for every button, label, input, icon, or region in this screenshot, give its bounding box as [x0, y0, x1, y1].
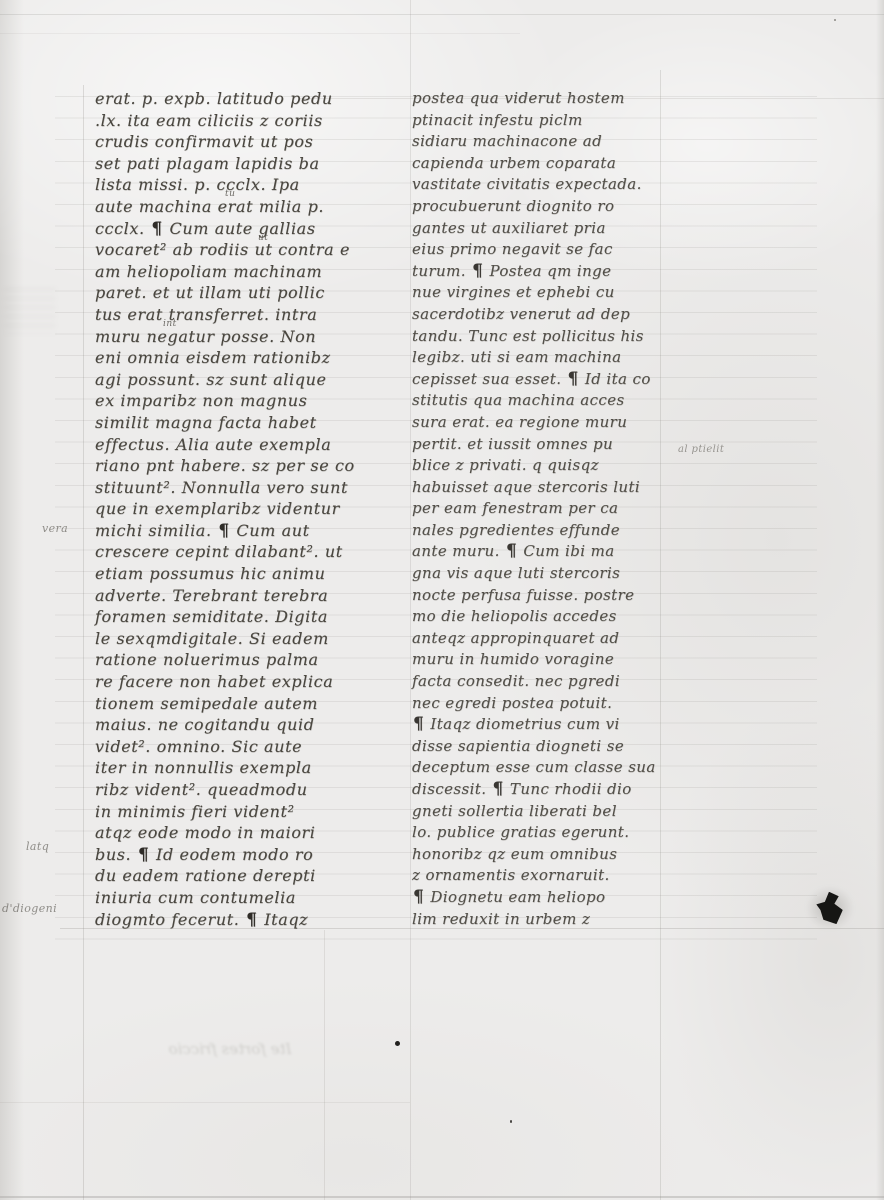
manuscript-line: adverte. Terebrant terebra	[95, 585, 387, 607]
pilcrow-mark: ¶	[412, 714, 425, 734]
manuscript-line: in minimis fieri vident²	[95, 801, 387, 823]
manuscript-line: lim reduxit in urbem z	[412, 909, 674, 931]
text-column-right: postea qua viderut hostemptinacit infest…	[412, 88, 674, 930]
manuscript-line: nue virgines et ephebi cu	[412, 282, 674, 304]
manuscript-line: diogmto fecerut. ¶ Itaqz	[95, 909, 387, 931]
manuscript-line: legibz. uti si eam machina	[412, 347, 674, 369]
pilcrow-mark: ¶	[567, 369, 580, 389]
manuscript-line: paret. et ut illam uti pollic	[95, 282, 387, 304]
manuscript-line: habuisset aque stercoris luti	[412, 477, 674, 499]
interlinear-addition: int	[163, 319, 177, 329]
crease-line	[324, 930, 325, 1200]
manuscript-line: nec egredi postea potuit.	[412, 693, 674, 715]
bleedthrough-text: Ite fortes friccio	[120, 1040, 340, 1058]
ink-speck	[395, 1041, 400, 1046]
manuscript-line: iter in nonnullis exempla	[95, 757, 387, 779]
manuscript-line: sidiaru machinacone ad	[412, 131, 674, 153]
manuscript-line: stituunt². Nonnulla vero sunt	[95, 477, 387, 499]
pilcrow-mark: ¶	[137, 845, 150, 865]
manuscript-line: effectus. Alia aute exempla	[95, 434, 387, 456]
manuscript-line: stitutis qua machina acces	[412, 390, 674, 412]
manuscript-line: muru in humido voragine	[412, 649, 674, 671]
crease-line	[0, 33, 520, 34]
pilcrow-mark: ¶	[217, 521, 230, 541]
manuscript-line: tionem semipedale autem	[95, 693, 387, 715]
manuscript-line: bus. ¶ Id eodem modo ro	[95, 844, 387, 866]
manuscript-line: facta consedit. nec pgredi	[412, 671, 674, 693]
manuscript-line: sura erat. ea regione muru	[412, 412, 674, 434]
manuscript-line: ante muru. ¶ Cum ibi ma	[412, 541, 674, 563]
crease-line	[0, 1102, 410, 1103]
manuscript-line: anteqz appropinquaret ad	[412, 628, 674, 650]
manuscript-line: re facere non habet explica	[95, 671, 387, 693]
manuscript-line: gneti sollertia liberati bel	[412, 801, 674, 823]
text-column-left: erat. p. expb. latitudo pedu.lx. ita eam…	[95, 88, 387, 930]
manuscript-line: nocte perfusa fuisse. postre	[412, 585, 674, 607]
manuscript-line: postea qua viderut hostem	[412, 88, 674, 110]
manuscript-line: crescere cepint dilabant². ut	[95, 541, 387, 563]
manuscript-line: deceptum esse cum classe sua	[412, 757, 674, 779]
manuscript-line: tus erat transferret. intra	[95, 304, 387, 326]
pilcrow-mark: ¶	[471, 261, 484, 281]
manuscript-line: capienda urbem coparata	[412, 153, 674, 175]
manuscript-line: eius primo negavit se fac	[412, 239, 674, 261]
manuscript-line: disse sapientia diogneti se	[412, 736, 674, 758]
manuscript-line: videt². omnino. Sic aute	[95, 736, 387, 758]
bleedthrough-smudge	[4, 288, 56, 334]
manuscript-line: honoribz qz eum omnibus	[412, 844, 674, 866]
manuscript-line: agi possunt. sz sunt alique	[95, 369, 387, 391]
crease-line	[0, 14, 884, 15]
manuscript-line: ratione noluerimus palma	[95, 649, 387, 671]
manuscript-line: atqz eode modo in maiori	[95, 822, 387, 844]
manuscript-line: gantes ut auxiliaret pria	[412, 218, 674, 240]
manuscript-line: discessit. ¶ Tunc rhodii dio	[412, 779, 674, 801]
manuscript-line: vocaret² ab rodiis ut contra e	[95, 239, 387, 261]
manuscript-line: riano pnt habere. sz per se co	[95, 455, 387, 477]
ink-speck	[510, 1120, 512, 1123]
manuscript-line: turum. ¶ Postea qm inge	[412, 261, 674, 283]
manuscript-line: ¶ Diognetu eam heliopo	[412, 887, 674, 909]
margin-note: al ptielit	[678, 444, 724, 455]
manuscript-line: lo. publice gratias egerunt.	[412, 822, 674, 844]
manuscript-line: maius. ne cogitandu quid	[95, 714, 387, 736]
manuscript-line: lista missi. p. ccclx. Ipa	[95, 174, 387, 196]
manuscript-line: pertit. et iussit omnes pu	[412, 434, 674, 456]
manuscript-line: que in exemplaribz videntur	[95, 498, 387, 520]
manuscript-line: ccclx. ¶ Cum aute gallias	[95, 218, 387, 240]
manuscript-line: set pati plagam lapidis ba	[95, 153, 387, 175]
manuscript-line: per eam fenestram per ca	[412, 498, 674, 520]
manuscript-line: nales pgredientes effunde	[412, 520, 674, 542]
pilcrow-mark: ¶	[412, 887, 425, 907]
margin-note: vera	[42, 522, 68, 535]
manuscript-line: iniuria cum contumelia	[95, 887, 387, 909]
manuscript-line: muru negatur posse. Non	[95, 326, 387, 348]
manuscript-line: ¶ Itaqz diometrius cum vi	[412, 714, 674, 736]
interlinear-addition: ut	[258, 233, 268, 243]
pilcrow-mark: ¶	[505, 541, 518, 561]
manuscript-line: aute machina erat milia p.	[95, 196, 387, 218]
manuscript-line: etiam possumus hic animu	[95, 563, 387, 585]
manuscript-line: ptinacit infestu piclm	[412, 110, 674, 132]
manuscript-line: crudis confirmavit ut pos	[95, 131, 387, 153]
manuscript-line: cepisset sua esset. ¶ Id ita co	[412, 369, 674, 391]
interlinear-addition: tu	[225, 189, 235, 199]
page-bottom-edge	[0, 1196, 884, 1198]
manuscript-line: tandu. Tunc est pollicitus his	[412, 326, 674, 348]
manuscript-line: am heliopoliam machinam	[95, 261, 387, 283]
manuscript-line: ribz vident². queadmodu	[95, 779, 387, 801]
margin-note: latq	[26, 840, 49, 853]
manuscript-line: foramen semiditate. Digita	[95, 606, 387, 628]
manuscript-leaf: erat. p. expb. latitudo pedu.lx. ita eam…	[0, 0, 884, 1200]
manuscript-line: le sexqmdigitale. Si eadem	[95, 628, 387, 650]
manuscript-photo: { "colors": { "paper": "#edeceb", "ink":…	[0, 0, 884, 1200]
ink-speck	[834, 19, 836, 21]
manuscript-line: blice z privati. q quisqz	[412, 455, 674, 477]
pilcrow-mark: ¶	[150, 219, 163, 239]
manuscript-line: eni omnia eisdem rationibz	[95, 347, 387, 369]
manuscript-line: du eadem ratione derepti	[95, 865, 387, 887]
manuscript-line: procubuerunt diognito ro	[412, 196, 674, 218]
manuscript-line: erat. p. expb. latitudo pedu	[95, 88, 387, 110]
manuscript-line: michi similia. ¶ Cum aut	[95, 520, 387, 542]
pilcrow-mark: ¶	[245, 910, 258, 930]
manuscript-line: vastitate civitatis expectada.	[412, 174, 674, 196]
manuscript-line: z ornamentis exornaruit.	[412, 865, 674, 887]
margin-note: d'diogeni	[2, 902, 57, 915]
manuscript-line: similit magna facta habet	[95, 412, 387, 434]
manuscript-line: .lx. ita eam ciliciis z coriis	[95, 110, 387, 132]
manuscript-line: sacerdotibz venerut ad dep	[412, 304, 674, 326]
manuscript-line: gna vis aque luti stercoris	[412, 563, 674, 585]
manuscript-line: ex imparibz non magnus	[95, 390, 387, 412]
pilcrow-mark: ¶	[492, 779, 505, 799]
manuscript-line: mo die heliopolis accedes	[412, 606, 674, 628]
